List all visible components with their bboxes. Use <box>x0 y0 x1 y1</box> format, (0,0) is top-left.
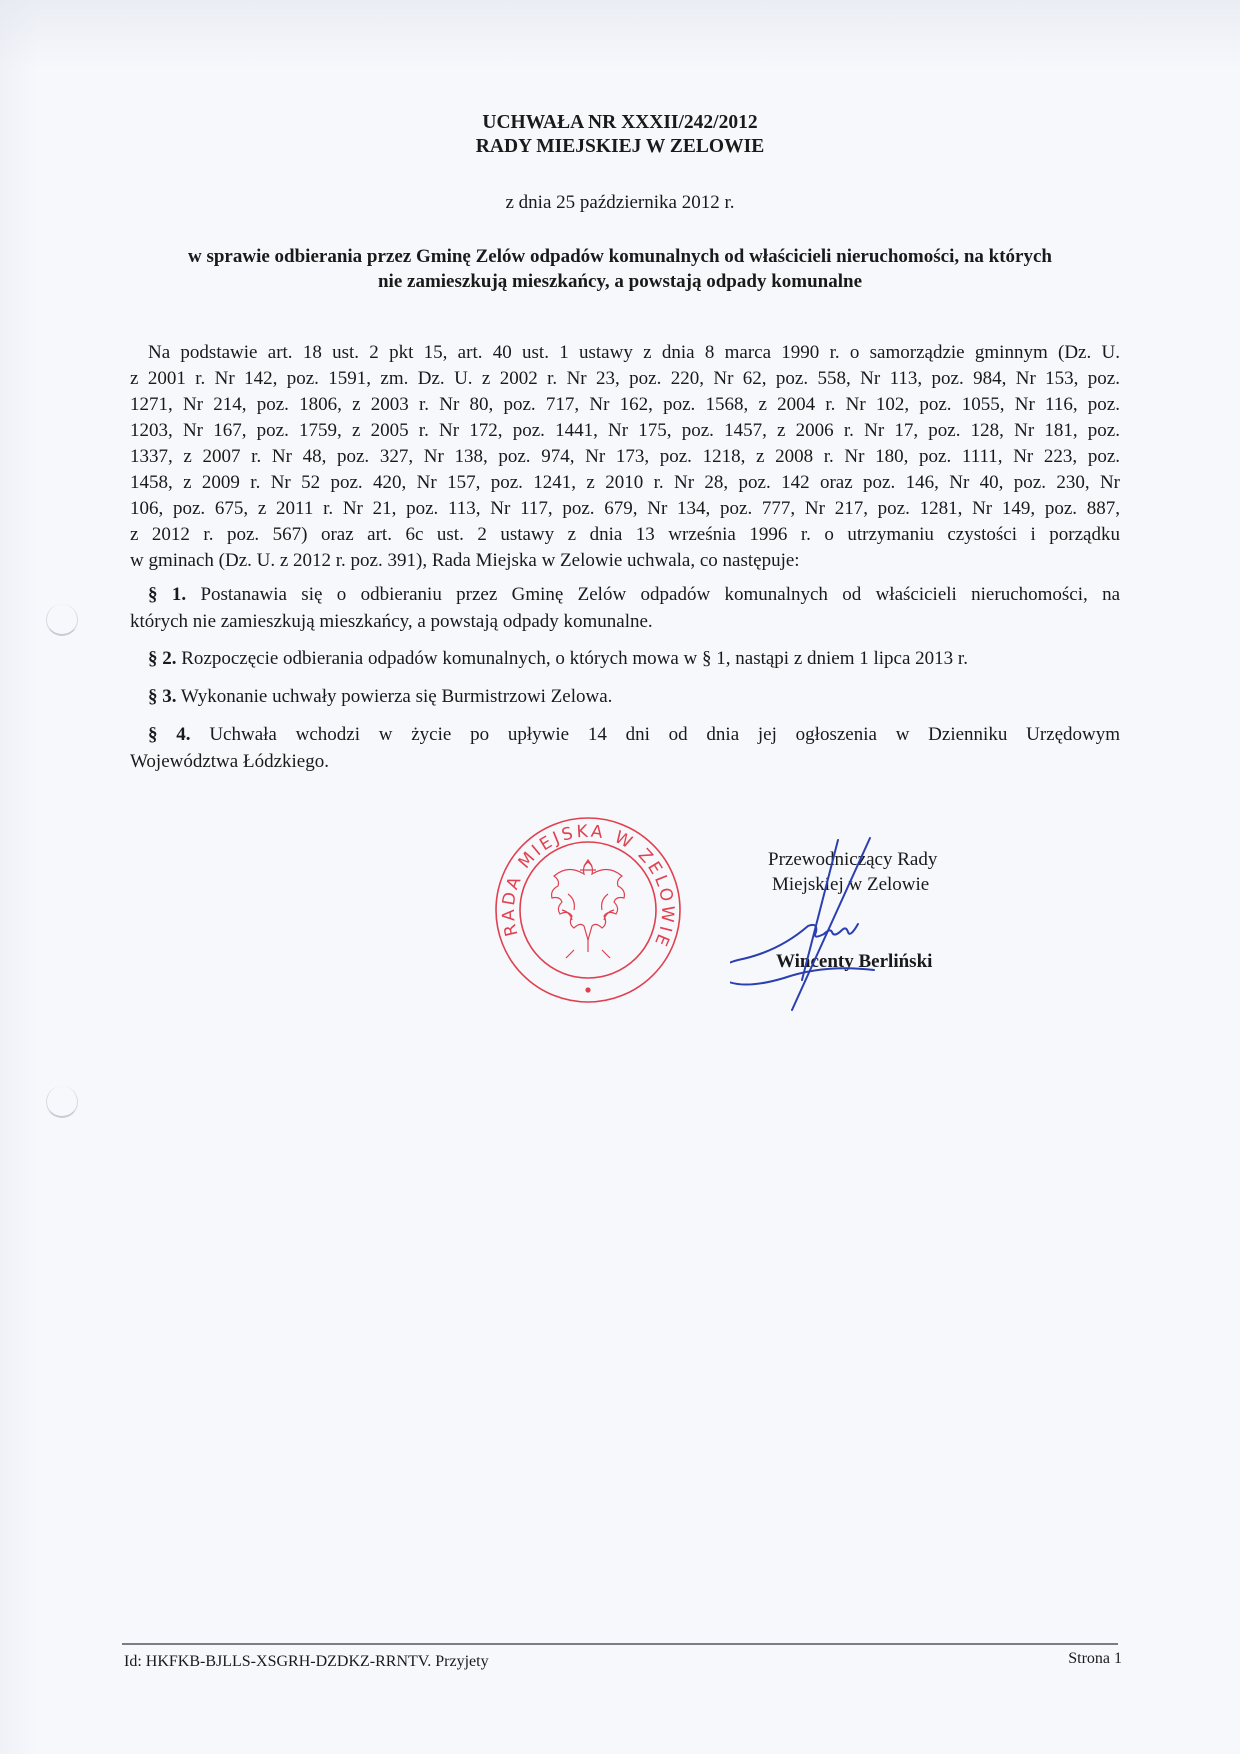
paragraph-1-line: § 1. Postanawia się o odbieraniu przez G… <box>148 582 1120 608</box>
paragraph-number: § 1. <box>148 584 186 605</box>
paragraph-4-line: Województwa Łódzkiego. <box>130 749 1120 775</box>
preamble-line: z 2012 r. poz. 567) oraz art. 6c ust. 2 … <box>130 522 1120 548</box>
document-id: Id: HKFKB-BJLLS-XSGRH-DZDKZ-RRNTV. Przyj… <box>124 1653 489 1671</box>
paragraph-text: Postanawia się o odbieraniu przez Gminę … <box>200 584 1120 605</box>
subject-line-1: w sprawie odbierania przez Gminę Zelów o… <box>0 246 1240 268</box>
punch-hole-mark <box>46 604 78 636</box>
resolution-date: z dnia 25 października 2012 r. <box>0 192 1240 214</box>
preamble-line: 1337, z 2007 r. Nr 48, poz. 327, Nr 138,… <box>130 444 1120 470</box>
punch-hole-mark <box>46 1086 78 1118</box>
council-name: RADY MIEJSKIEJ W ZELOWIE <box>0 136 1240 158</box>
paragraph-4-line: § 4. Uchwała wchodzi w życie po upływie … <box>148 722 1120 748</box>
paragraph-2-line: § 2. Rozpoczęcie odbierania odpadów komu… <box>148 646 1120 672</box>
official-seal-stamp: RADA MIEJSKA W ZELOWIE <box>488 810 688 1010</box>
resolution-number: UCHWAŁA NR XXXII/242/2012 <box>0 112 1240 134</box>
subject-line-2: nie zamieszkują mieszkańcy, a powstają o… <box>0 271 1240 293</box>
document-page: UCHWAŁA NR XXXII/242/2012 RADY MIEJSKIEJ… <box>0 0 1240 1754</box>
paragraph-3-line: § 3. Wykonanie uchwały powierza się Burm… <box>148 684 1120 710</box>
preamble-line: 1458, z 2009 r. Nr 52 poz. 420, Nr 157, … <box>130 470 1120 496</box>
paragraph-text: których nie zamieszkują mieszkańcy, a po… <box>130 611 653 632</box>
footer-divider <box>122 1643 1118 1645</box>
preamble-line: 1271, Nr 214, poz. 1806, z 2003 r. Nr 80… <box>130 392 1120 418</box>
eagle-emblem-icon <box>552 860 625 958</box>
preamble-line: 106, poz. 675, z 2011 r. Nr 21, poz. 113… <box>130 496 1120 522</box>
svg-text:RADA MIEJSKA W ZELOWIE: RADA MIEJSKA W ZELOWIE <box>499 822 678 952</box>
preamble-line: Na podstawie art. 18 ust. 2 pkt 15, art.… <box>148 340 1120 366</box>
handwritten-signature <box>730 830 960 1020</box>
paragraph-number: § 2. <box>148 648 177 669</box>
paragraph-number: § 3. <box>148 686 177 707</box>
preamble-line: 1203, Nr 167, poz. 1759, z 2005 r. Nr 17… <box>130 418 1120 444</box>
preamble-line: w gminach (Dz. U. z 2012 r. poz. 391), R… <box>130 548 1120 574</box>
paragraph-text: Rozpoczęcie odbierania odpadów komunalny… <box>181 648 968 669</box>
paragraph-text: Województwa Łódzkiego. <box>130 751 329 772</box>
paragraph-number: § 4. <box>148 724 191 745</box>
paragraph-1-line: których nie zamieszkują mieszkańcy, a po… <box>130 609 1120 635</box>
paragraph-text: Wykonanie uchwały powierza się Burmistrz… <box>181 686 613 707</box>
paragraph-text: Uchwała wchodzi w życie po upływie 14 dn… <box>209 724 1120 745</box>
page-number: Strona 1 <box>1068 1650 1122 1668</box>
preamble-line: z 2001 r. Nr 142, poz. 1591, zm. Dz. U. … <box>130 366 1120 392</box>
